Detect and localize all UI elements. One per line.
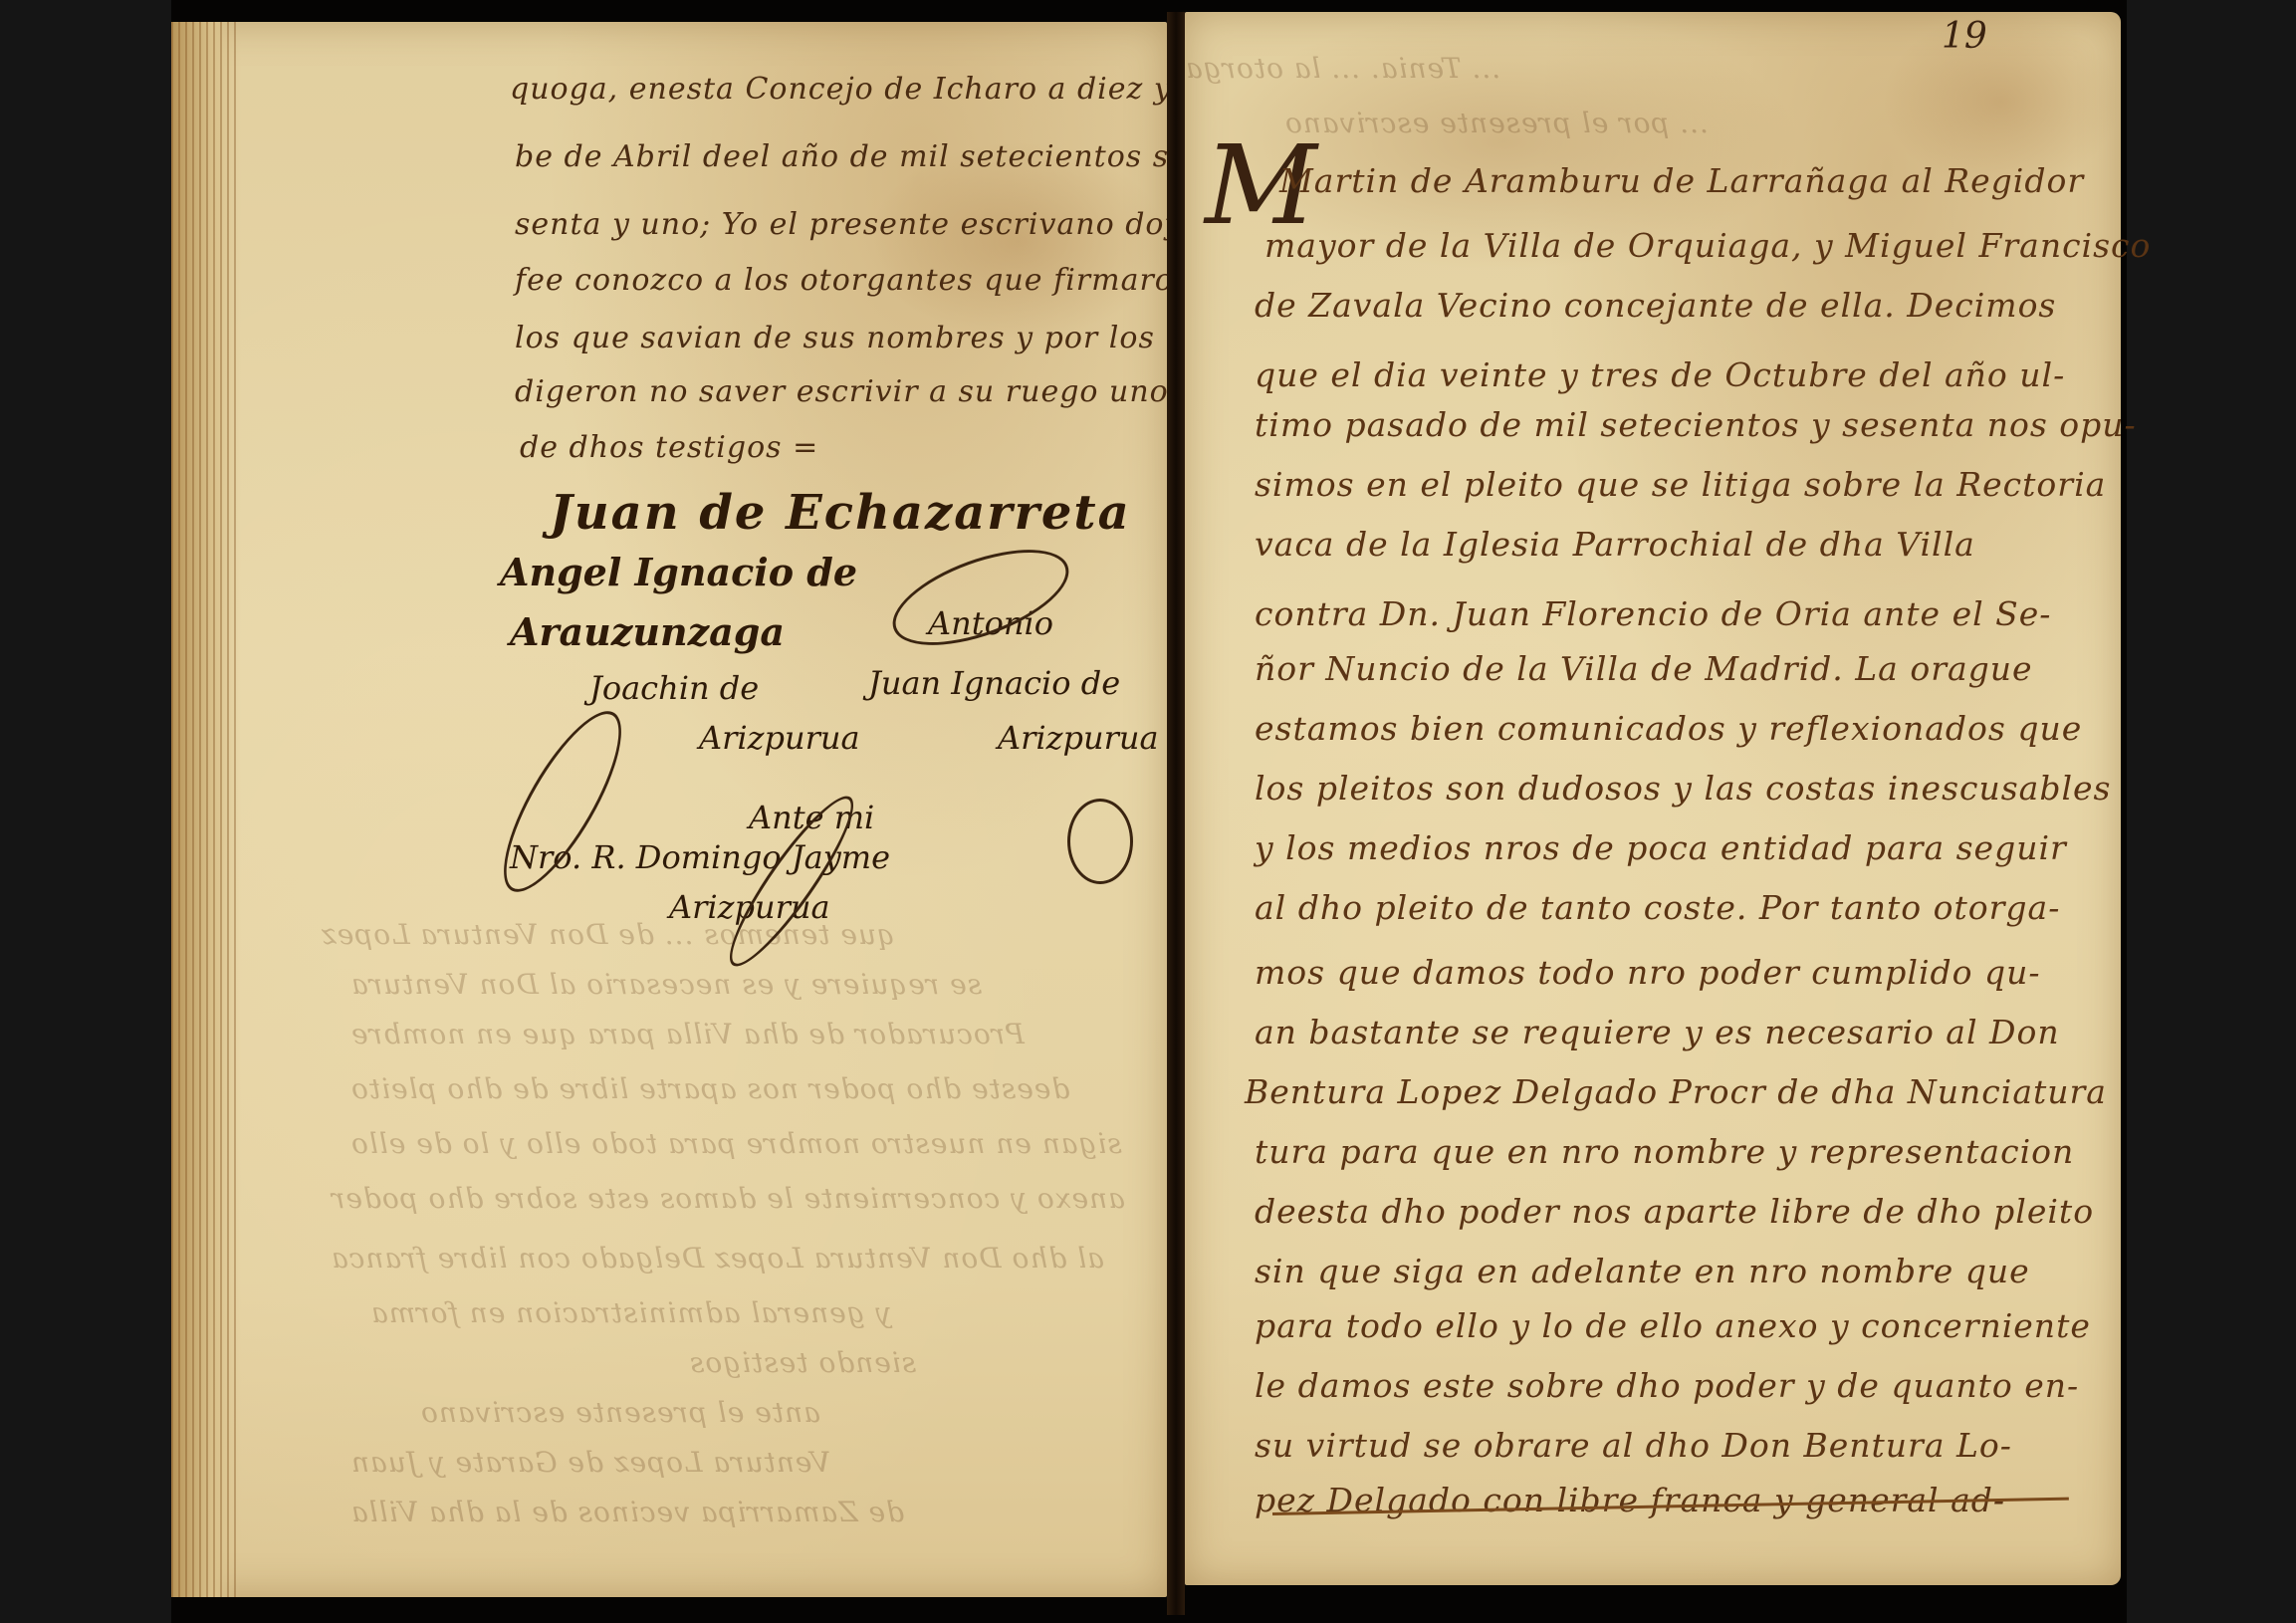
- signature-juan-ignacio: Juan Ignacio de: [868, 664, 1120, 702]
- text-line: sin que siga en adelante en nro nombre q…: [1255, 1252, 2030, 1290]
- left-page: que tenemos ... de Don Ventura Lopez se …: [171, 22, 1167, 1597]
- text-line: senta y uno; Yo el presente escrivano do…: [515, 207, 1182, 242]
- text-line: al dho pleito de tanto coste. Por tanto …: [1255, 888, 2060, 927]
- text-line: los pleitos son dudosos y las costas ine…: [1255, 769, 2112, 808]
- page-edge-stack: [171, 22, 241, 1597]
- bleed-line: ... Tenia. ... la otorga: [1185, 52, 1500, 85]
- text-line: contra Dn. Juan Florencio de Oria ante e…: [1255, 594, 2051, 633]
- text-line: mos que damos todo nro poder cumplido qu…: [1255, 953, 2041, 992]
- text-line: an bastante se requiere y es necesario a…: [1255, 1013, 2060, 1051]
- text-line: digeron no saver escrivir a su ruego uno: [515, 374, 1169, 409]
- signature-juan-ignacio-surname: Arizpurua: [998, 719, 1159, 757]
- signature-angel-ignacio-surname: Arauzunzaga: [510, 609, 785, 654]
- text-line: su virtud se obrare al dho Don Bentura L…: [1255, 1426, 2012, 1465]
- text-line: para todo ello y lo de ello anexo y conc…: [1255, 1306, 2091, 1345]
- bleed-line: de Zamarripa vecinos de la dha Villa: [350, 1496, 904, 1528]
- bleed-line: se requiere y es necesario al Don Ventur…: [350, 968, 982, 1001]
- text-line: deesta dho poder nos aparte libre de dho…: [1255, 1192, 2094, 1231]
- text-line: le damos este sobre dho poder y de quant…: [1255, 1366, 2079, 1405]
- text-line: fee conozco a los otorgantes que firmaro…: [515, 263, 1194, 298]
- text-line: be de Abril deel año de mil setecientos …: [515, 139, 1199, 174]
- open-book: que tenemos ... de Don Ventura Lopez se …: [171, 12, 2127, 1615]
- signature-angel-ignacio: Angel Ignacio de: [500, 550, 857, 594]
- signature-flourish: [1067, 799, 1133, 884]
- signature-flourish: [881, 530, 1081, 664]
- text-line: Martin de Aramburu de Larrañaga al Regid…: [1279, 161, 2084, 200]
- text-line: de dhos testigos =: [520, 430, 818, 465]
- text-line: timo pasado de mil setecientos y sesenta…: [1255, 405, 2137, 444]
- text-line: tura para que en nro nombre y representa…: [1255, 1132, 2074, 1171]
- text-line: de Zavala Vecino concejante de ella. Dec…: [1255, 286, 2056, 325]
- text-line: y los medios nros de poca entidad para s…: [1255, 828, 2067, 867]
- bleed-line: Ventura Lopez de Garate y Juan: [350, 1446, 830, 1479]
- bleed-line: siendo testigos: [689, 1346, 916, 1379]
- book-gutter: [1167, 12, 1185, 1615]
- bleed-line: y general administracion en forma: [370, 1296, 891, 1329]
- bleed-line: anexo y concerniente le damos este sobre…: [331, 1182, 1125, 1215]
- bleed-line: sigan en nuestro nombre para todo ello y…: [350, 1127, 1122, 1160]
- bleed-line: deeste dho poder nos aparte libre de dho…: [350, 1072, 1069, 1105]
- text-line: quoga, enesta Concejo de Icharo a diez y…: [510, 72, 1253, 107]
- signature-joachin: Joachin de: [589, 669, 759, 707]
- text-line: que el dia veinte y tres de Octubre del …: [1255, 355, 2065, 394]
- text-line: ñor Nuncio de la Villa de Madrid. La ora…: [1255, 649, 2033, 688]
- text-line: mayor de la Villa de Orquiaga, y Miguel …: [1264, 226, 2151, 265]
- text-line: vaca de la Iglesia Parrochial de dha Vil…: [1255, 525, 1975, 564]
- bleed-line: ante el presente escrivano: [420, 1396, 820, 1429]
- signature-joachin-surname: Arizpurua: [699, 719, 860, 757]
- signature-echazarreta: Juan de Echazarreta: [550, 485, 1131, 541]
- bleed-line: Procurador de dha Villa para que en nomb…: [350, 1018, 1025, 1050]
- bleed-line: al dho Don Ventura Lopez Delgado con lib…: [331, 1242, 1104, 1275]
- text-line: los que savian de sus nombres y por los …: [515, 321, 1225, 355]
- right-page: 19 ... Tenia. ... la otorga ... por el p…: [1185, 12, 2121, 1585]
- folio-number: 19: [1942, 16, 1987, 57]
- text-line: simos en el pleito que se litiga sobre l…: [1255, 465, 2106, 504]
- text-line: estamos bien comunicados y reflexionados…: [1255, 709, 2082, 748]
- bleed-line: ... por el presente escrivano: [1284, 107, 1709, 139]
- text-line: Bentura Lopez Delgado Procr de dha Nunci…: [1245, 1072, 2107, 1111]
